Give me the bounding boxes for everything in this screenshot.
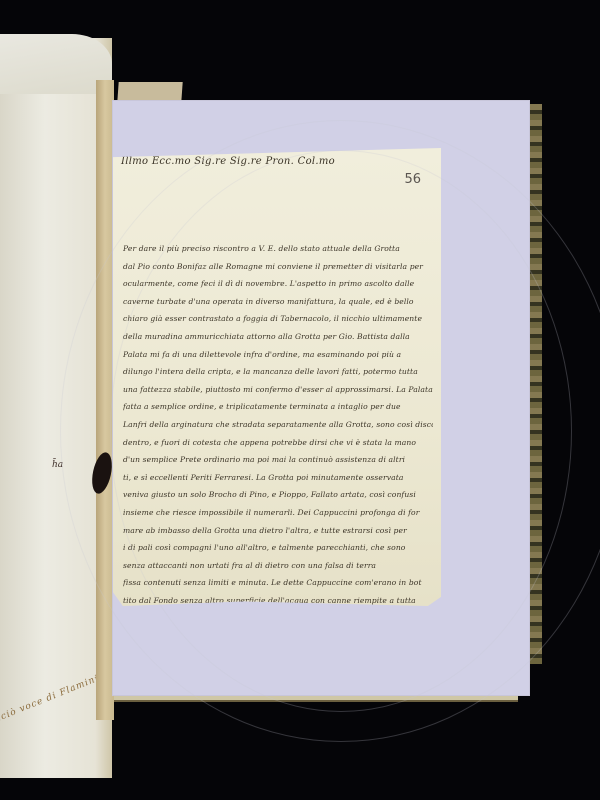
text-line: fissa contenuti senza limiti e minuta. L… — [123, 574, 433, 592]
left-page-stamp-text: …ciò voce di Flamini… — [0, 676, 96, 726]
backing-board-edge — [528, 104, 542, 664]
photograph-scene: …ciò voce di Flamini… h̃a Illmo Ecc.mo S… — [0, 0, 600, 800]
text-line: chiaro già esser contrastato a foggia di… — [123, 310, 433, 328]
text-line: mare ab imbasso della Grotta una dietro … — [123, 522, 433, 540]
text-line: d'un semplice Prete ordinario ma poi mai… — [123, 451, 433, 469]
text-line: ocularmente, come feci il dì di novembre… — [123, 275, 433, 293]
gutter-paper-fragment — [117, 82, 182, 102]
manuscript-page: Illmo Ecc.mo Sig.re Sig.re Pron. Col.mo … — [113, 148, 441, 606]
text-line: una fattezza stabile, piuttosto mi confe… — [123, 381, 433, 399]
folio-number: 56 — [404, 172, 421, 187]
text-line: i di pali così compagni l'uno all'altro,… — [123, 539, 433, 557]
salutation: Illmo Ecc.mo Sig.re Sig.re Pron. Col.mo — [121, 156, 335, 167]
text-line: dal Pio conto Bonifaz alle Romagne mi co… — [123, 258, 433, 276]
text-line: senza attaccanti non urtati fra al di di… — [123, 557, 433, 575]
text-line: veniva giusto un solo Brocho di Pino, e … — [123, 486, 433, 504]
text-line: Per dare il più preciso riscontro a V. E… — [123, 240, 433, 258]
text-line: della muradina ammuricchiata attorno all… — [123, 328, 433, 346]
text-line: fatta a semplice ordine, e triplicatamen… — [123, 398, 433, 416]
text-line: dentro, e fuori di cotesta che appena po… — [123, 434, 433, 452]
left-page-ink-marks: h̃a — [52, 460, 63, 470]
text-line: ti, e sì eccellenti Periti Ferraresi. La… — [123, 469, 433, 487]
text-line: dilungo l'intera della cripta, e la manc… — [123, 363, 433, 381]
text-line: caverne turbate d'una operata in diverso… — [123, 293, 433, 311]
text-line: insieme che riesce impossibile il numera… — [123, 504, 433, 522]
text-line: Lanfri della arginatura che stradata sep… — [123, 416, 433, 434]
text-line: Palata mi fa di una dilettevole infra d'… — [123, 346, 433, 364]
